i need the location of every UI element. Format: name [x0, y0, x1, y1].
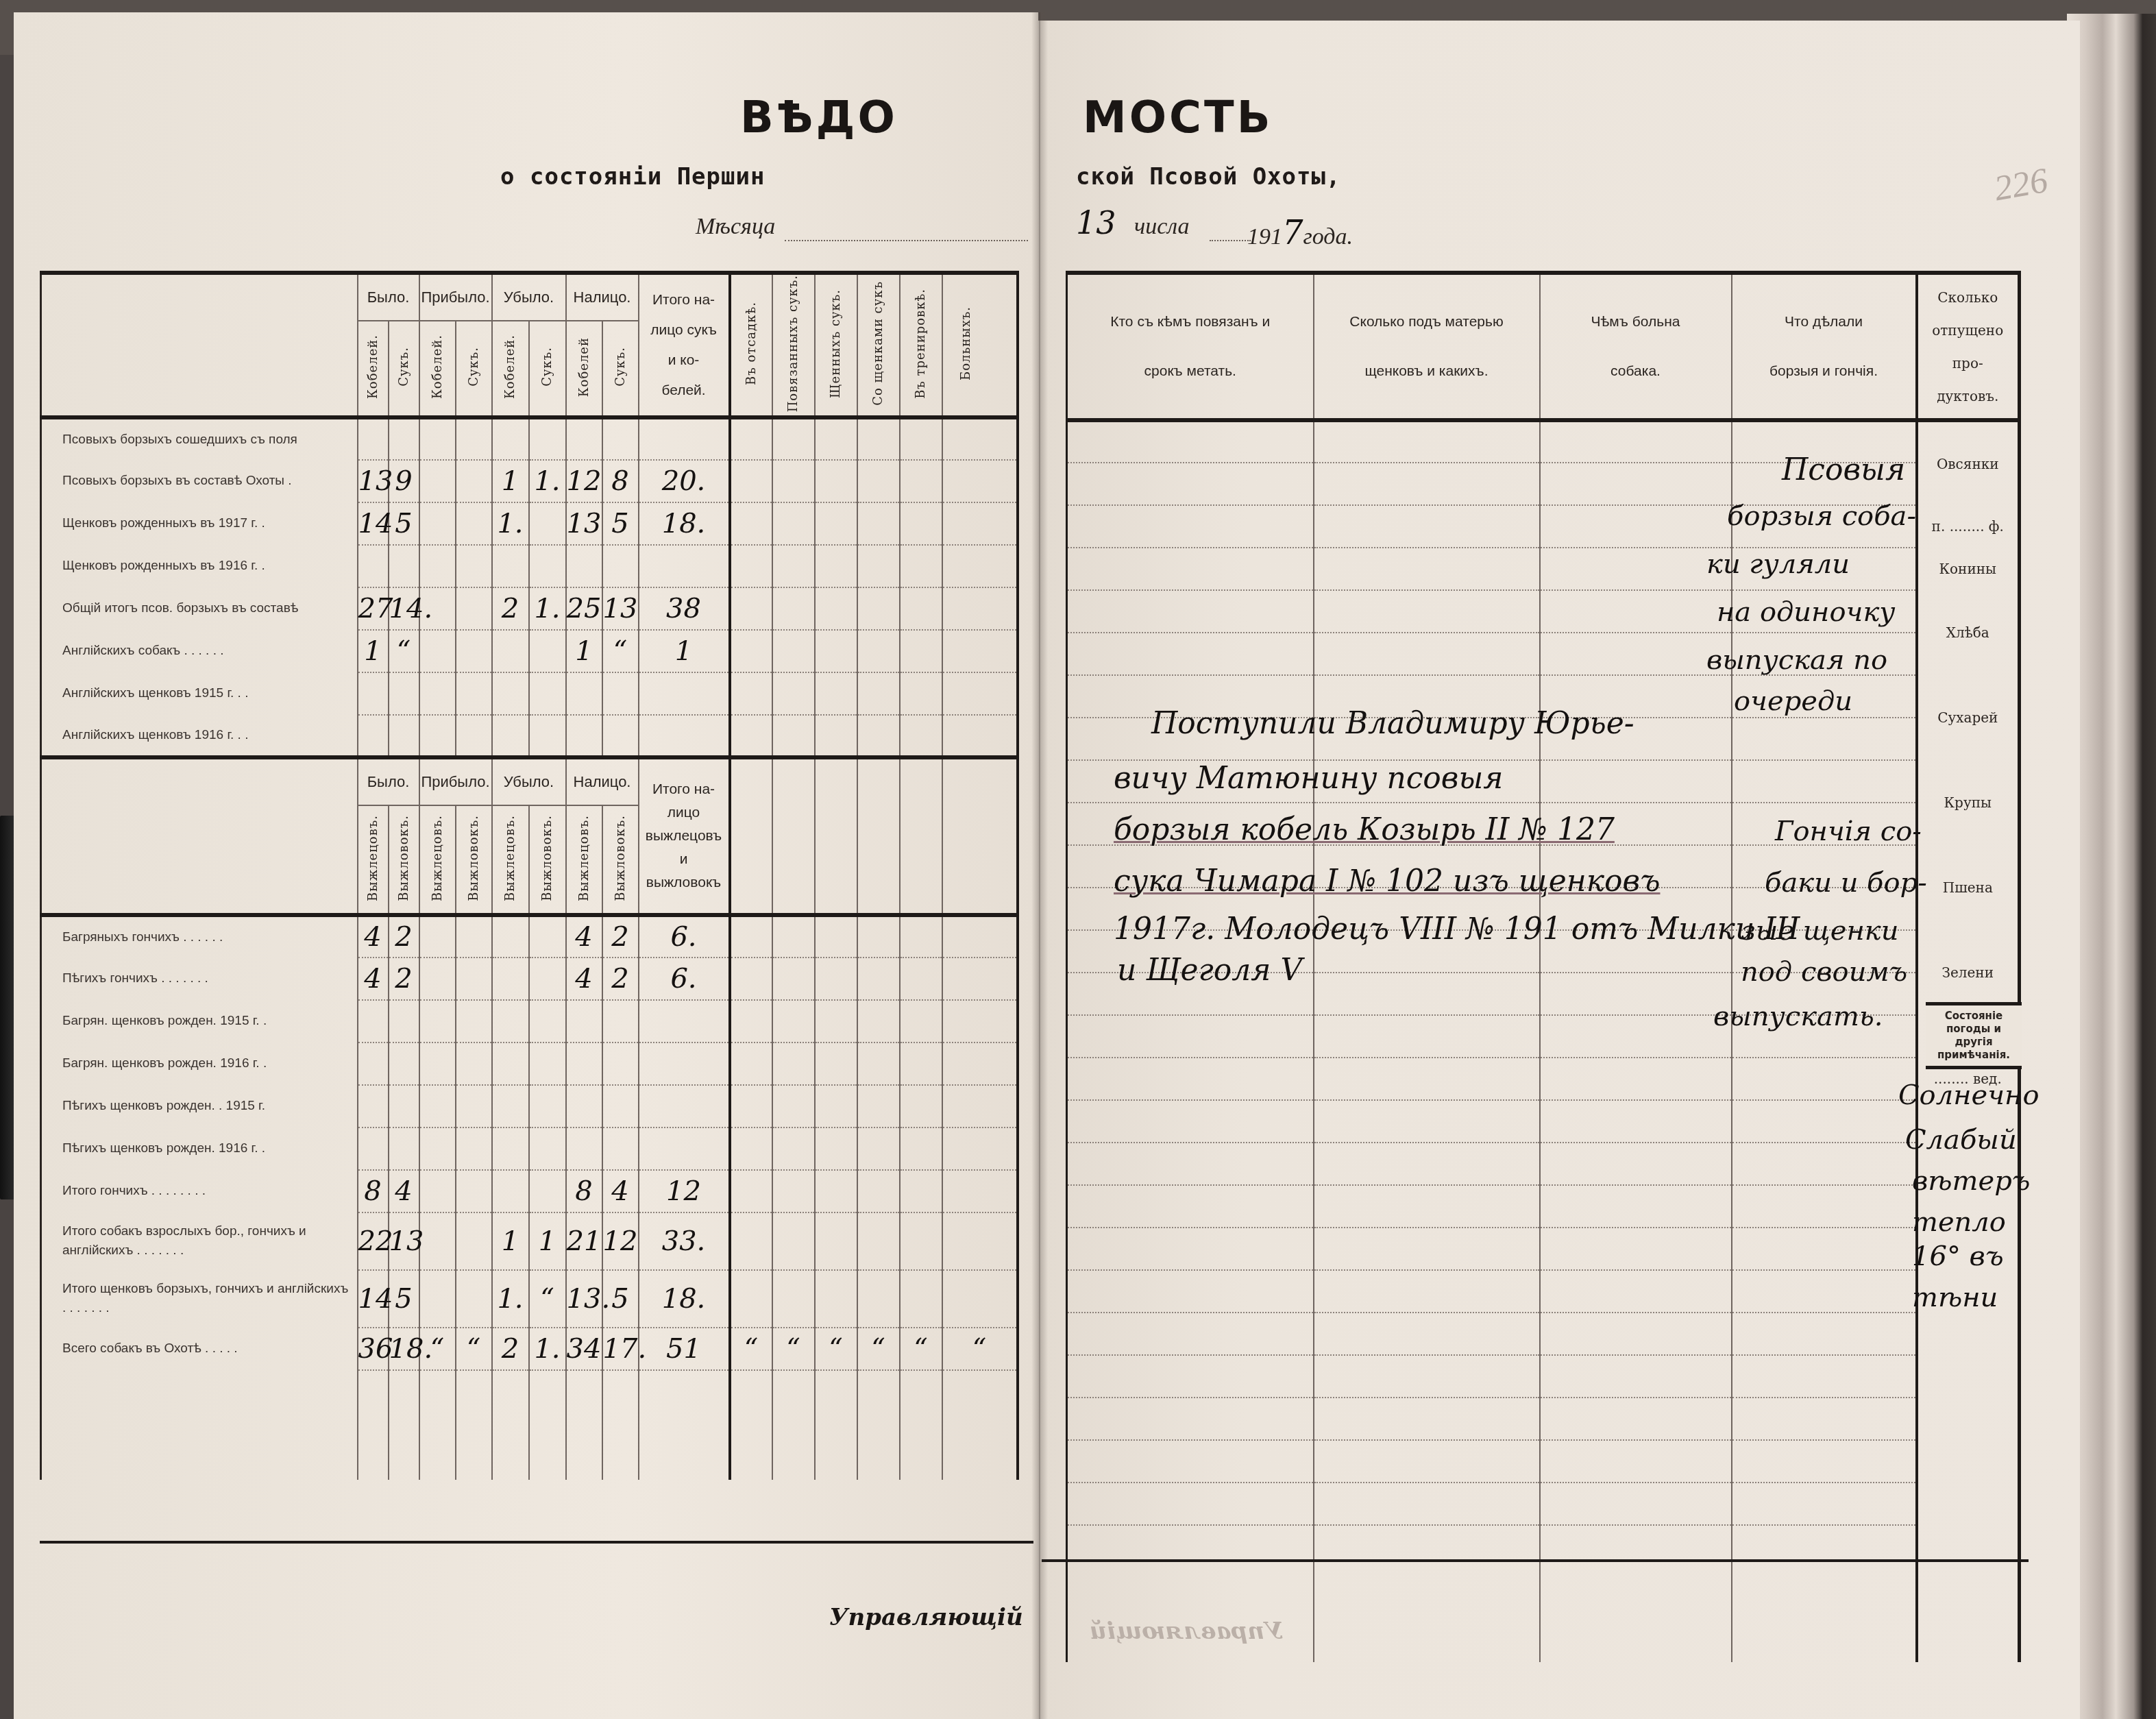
cell: 14	[358, 502, 389, 545]
table-row: Щенковъ рожденныхъ въ 1916 г. .	[41, 545, 1018, 587]
cell	[456, 1270, 492, 1328]
cell	[456, 958, 492, 1000]
month-label: Мѣсяца	[696, 214, 775, 240]
cell	[529, 630, 566, 672]
sub-header: Кобелей.	[358, 321, 389, 417]
cell: 2	[389, 915, 419, 958]
header-v-otsadke: Въ отсадкѣ.	[730, 273, 772, 417]
table-row: Пѣгихъ щенковъ рожден. 1916 г. .	[41, 1127, 1018, 1170]
cell	[419, 460, 456, 502]
table-row: Багряныхъ гончихъ . . . . . . 4 2 4 2 6.	[41, 915, 1018, 958]
cell: 2	[492, 1328, 529, 1370]
cell: 25	[566, 587, 602, 630]
cell: 27	[358, 587, 389, 630]
sub-header: Сукъ.	[602, 321, 639, 417]
cell: 8	[602, 460, 639, 502]
activity-note-line: борзыя соба-	[1727, 500, 1916, 532]
book-page-edges	[2067, 14, 2156, 1719]
cell: “	[900, 1328, 942, 1370]
cell-total: 1	[639, 630, 730, 672]
sub-header: Кобелей.	[492, 321, 529, 417]
cell: 12	[602, 1212, 639, 1270]
provision-pshena: Пшена	[1917, 845, 2020, 930]
cell: “	[815, 1328, 857, 1370]
weather-note-line: тѣни	[1912, 1282, 1998, 1313]
cell: “	[529, 1270, 566, 1328]
cell-total: 33.	[639, 1212, 730, 1270]
provision-koniny: Конины	[1917, 548, 2020, 590]
table-row: Багрян. щенковъ рожден. 1915 г. .	[41, 1000, 1018, 1043]
cell	[456, 1212, 492, 1270]
cell-total: 18.	[639, 1270, 730, 1328]
cell	[492, 915, 529, 958]
cell: 4	[358, 915, 389, 958]
provision-krupy: Крупы	[1917, 760, 2020, 845]
cell	[456, 915, 492, 958]
cell: 12	[566, 460, 602, 502]
row-label: Псовыхъ борзыхъ въ составѣ Охоты .	[41, 460, 358, 502]
cell: 1.	[492, 502, 529, 545]
row-label: Англiйскихъ щенковъ 1916 г. . .	[41, 715, 358, 757]
cell: 4	[566, 915, 602, 958]
cell: 4	[566, 958, 602, 1000]
total-header-2: Итого на- лицо выжлецовъ и выжловокъ	[639, 757, 730, 915]
table-row: Англiйскихъ щенковъ 1915 г. . .	[41, 672, 1018, 715]
sub-header: Выжловокъ.	[456, 805, 492, 915]
hound-note-line: выпускать.	[1713, 1001, 1883, 1032]
table-row: Пѣгихъ гончихъ . . . . . . . 4 2 4 2 6.	[41, 958, 1018, 1000]
cell: 18.	[389, 1328, 419, 1370]
sub-header: Выжловокъ.	[602, 805, 639, 915]
month-field	[785, 240, 1028, 241]
cell: “	[602, 630, 639, 672]
cell	[456, 460, 492, 502]
cell: 2	[602, 958, 639, 1000]
cell-total: 6.	[639, 915, 730, 958]
cell	[492, 1170, 529, 1212]
header-bolnykh: Больныхъ.	[942, 273, 1018, 417]
cell: 17.	[602, 1328, 639, 1370]
cell: “	[942, 1328, 1018, 1370]
row-label: Пѣгихъ гончихъ . . . . . . .	[41, 958, 358, 1000]
hound-note-line: зые щенки	[1741, 915, 1899, 947]
cell: 1.	[492, 1270, 529, 1328]
sub-header: Кобелей.	[419, 321, 456, 417]
table-row: Итого гончихъ . . . . . . . . 8 4 8 4 12	[41, 1170, 1018, 1212]
cell: 21	[566, 1212, 602, 1270]
table-row: Щенковъ рожденныхъ въ 1917 г. . 14 5 1. …	[41, 502, 1018, 545]
cell-total: 18.	[639, 502, 730, 545]
hound-note-line: под своимъ	[1741, 956, 1907, 988]
left-ledger-table: Было. Прибыло. Убыло. Налицо. Итого на- …	[40, 271, 1019, 1480]
title-left: ВѢДО	[740, 93, 898, 143]
cell: 5	[389, 1270, 419, 1328]
cell: 1.	[529, 460, 566, 502]
left-table-bottom-rule	[40, 1541, 1033, 1544]
weather-header: Состоянiе погоды и другiя примѣчанiя.	[1926, 1002, 2022, 1069]
table-row: Багрян. щенковъ рожден. 1916 г. .	[41, 1043, 1018, 1085]
cell: “	[730, 1328, 772, 1370]
table-row: Всего собакъ въ Охотѣ . . . . . 36 18. “…	[41, 1328, 1018, 1370]
row-label: Пѣгихъ щенковъ рожден. 1916 г. .	[41, 1127, 358, 1170]
cell: 14	[358, 1270, 389, 1328]
cell: 8	[566, 1170, 602, 1212]
cell	[529, 1170, 566, 1212]
header-povyazan: Кто съ кѣмъ повязанъ и срокъ метать.	[1067, 273, 1314, 420]
transfer-note-line: и Щеголя V	[1117, 953, 1302, 988]
cell: 2	[389, 958, 419, 1000]
sub-header: Выжловокъ.	[529, 805, 566, 915]
header-produkty: Сколько отпущено про- дуктовъ.	[1917, 273, 2020, 420]
activity-note-line: очереди	[1734, 685, 1852, 717]
row-label: Багрян. щенковъ рожден. 1915 г. .	[41, 1000, 358, 1043]
cell-total: 38	[639, 587, 730, 630]
subtitle-right: ской Псовой Охоты,	[1076, 163, 1340, 191]
day-value: 13	[1076, 204, 1116, 241]
cell: 1	[529, 1212, 566, 1270]
cell	[419, 958, 456, 1000]
group-header-nalitso-2: Налицо.	[566, 757, 639, 805]
header-povyazannykh: Повязанныхъ сукъ.	[772, 273, 815, 417]
subtitle-left: о состоянiи Першин	[500, 163, 765, 191]
activity-note-line: ки гуляли	[1706, 548, 1850, 580]
group-header-pribylo-2: Прибыло.	[419, 757, 492, 805]
cell	[492, 630, 529, 672]
cell	[529, 502, 566, 545]
cell: 1	[358, 630, 389, 672]
cell	[456, 1170, 492, 1212]
sub-header: Выжлецовъ.	[492, 805, 529, 915]
cell: 5	[602, 502, 639, 545]
row-label: Багряныхъ гончихъ . . . . . .	[41, 915, 358, 958]
year-prefix: 191	[1247, 224, 1282, 249]
header-bolna: Чѣмъ больна собака.	[1540, 273, 1732, 420]
header-chto-delali: Что дѣлали борзыя и гончiя.	[1732, 273, 1917, 420]
activity-note-line: выпуская по	[1706, 644, 1887, 676]
table-row: Псовыхъ борзыхъ въ составѣ Охоты . 13 9 …	[41, 460, 1018, 502]
cell: 13.	[566, 1270, 602, 1328]
cell: “	[456, 1328, 492, 1370]
sub-header: Сукъ.	[389, 321, 419, 417]
cell: “	[772, 1328, 815, 1370]
cell: 1	[566, 630, 602, 672]
group-header-ubylo: Убыло.	[492, 273, 566, 321]
cell: 1	[492, 460, 529, 502]
cell-total: 6.	[639, 958, 730, 1000]
hound-note-line: баки и бор-	[1765, 867, 1927, 899]
cell: 2	[602, 915, 639, 958]
table-row: Общiй итогъ псов. борзыхъ въ составѣ 27 …	[41, 587, 1018, 630]
table-row: Пѣгихъ щенковъ рожден. . 1915 г.	[41, 1085, 1018, 1127]
cell: 5	[389, 502, 419, 545]
cell: 1.	[529, 1328, 566, 1370]
cell	[492, 958, 529, 1000]
cell-total: 20.	[639, 460, 730, 502]
cell	[456, 587, 492, 630]
year-line: 1917года.	[1247, 214, 1353, 252]
cell: “	[389, 630, 419, 672]
sub-header: Выжлецовъ.	[358, 805, 389, 915]
sub-header: Сукъ.	[529, 321, 566, 417]
right-table-bottom-rule	[1042, 1559, 2029, 1562]
cell-total: 51	[639, 1328, 730, 1370]
row-label: Щенковъ рожденныхъ въ 1917 г. .	[41, 502, 358, 545]
row-label: Пѣгихъ щенковъ рожден. . 1915 г.	[41, 1085, 358, 1127]
book-gutter	[1031, 12, 1048, 1719]
day-label: числа	[1134, 214, 1190, 240]
group-header-nalitso: Налицо.	[566, 273, 639, 321]
header-pod-materyu: Сколько подъ матерью щенковъ и какихъ.	[1314, 273, 1540, 420]
transfer-note-line: борзыя кобель Козырь II № 127	[1114, 812, 1615, 847]
header-so-shchenkami: Со щенками сукъ	[857, 273, 900, 417]
cell	[419, 1212, 456, 1270]
row-label: Англiйскихъ собакъ . . . . . .	[41, 630, 358, 672]
provision-ovsyanki: Овсянки	[1917, 420, 2020, 505]
group-header-ubylo-2: Убыло.	[492, 757, 566, 805]
transfer-note-line: сука Чимара I № 102 изъ щенковъ	[1114, 864, 1660, 899]
cell	[419, 915, 456, 958]
cell: 34	[566, 1328, 602, 1370]
sub-header: Кобелей	[566, 321, 602, 417]
cell: 14.	[389, 587, 419, 630]
total-header: Итого на- лицо сукъ и ко- белей.	[639, 273, 730, 417]
title-right: МОСТЬ	[1083, 93, 1273, 143]
group-header-bylo: Было.	[358, 273, 419, 321]
row-label: Общiй итогъ псов. борзыхъ въ составѣ	[41, 587, 358, 630]
cell: 13	[389, 1212, 419, 1270]
row-label: Итого гончихъ . . . . . . . .	[41, 1170, 358, 1212]
weather-note-line: Слабый	[1905, 1124, 2017, 1156]
cell-total: 12	[639, 1170, 730, 1212]
group-header-bylo-2: Было.	[358, 757, 419, 805]
cell: 9	[389, 460, 419, 502]
signature-label: Управляющiй	[829, 1604, 1023, 1631]
sub-header: Выжлецовъ.	[419, 805, 456, 915]
cell: 4	[389, 1170, 419, 1212]
activity-note-line: Псовыя	[1782, 452, 1905, 487]
header-shchennykh: Щенныхъ сукъ.	[815, 273, 857, 417]
header-v-trenirovke: Въ тренировкѣ.	[900, 273, 942, 417]
sub-header: Сукъ.	[456, 321, 492, 417]
cell	[456, 502, 492, 545]
row-label: Багрян. щенковъ рожден. 1916 г. .	[41, 1043, 358, 1085]
signature-bleed-through: Управляющiй	[1090, 1618, 1284, 1645]
cell	[419, 1170, 456, 1212]
weather-note-line: Солнечно	[1898, 1080, 2039, 1111]
sub-header: Выжловокъ.	[389, 805, 419, 915]
label-column-header-2	[41, 757, 358, 915]
transfer-note-line: вичу Матюнину псовыя	[1114, 761, 1503, 796]
cell	[419, 502, 456, 545]
provision-sukharei: Сухарей	[1917, 675, 2020, 760]
cell	[529, 958, 566, 1000]
year-hand: 7	[1282, 214, 1303, 252]
cell: 2	[492, 587, 529, 630]
cell: 8	[358, 1170, 389, 1212]
cell: 1	[492, 1212, 529, 1270]
weather-note-line: тепло	[1912, 1206, 2006, 1238]
cell: 22	[358, 1212, 389, 1270]
cell	[456, 630, 492, 672]
cell: 4	[602, 1170, 639, 1212]
table-row: Псовыхъ борзыхъ сошедшихъ съ поля	[41, 417, 1018, 460]
row-label: Щенковъ рожденныхъ въ 1916 г. .	[41, 545, 358, 587]
cell: 13	[358, 460, 389, 502]
cell	[529, 915, 566, 958]
table-row: Англiйскихъ собакъ . . . . . . 1 “ 1 “ 1	[41, 630, 1018, 672]
label-column-header	[41, 273, 358, 417]
table-row: Итого собакъ взрослыхъ бор., гончихъ и а…	[41, 1212, 1018, 1270]
cell	[419, 630, 456, 672]
row-label: Итого щенковъ борзыхъ, гончихъ и англiйс…	[41, 1270, 358, 1328]
cell	[419, 1270, 456, 1328]
transfer-note-line: 1917г. Молодецъ VIII № 191 отъ Милки III	[1114, 912, 1800, 947]
table-row: Итого щенковъ борзыхъ, гончихъ и англiйс…	[41, 1270, 1018, 1328]
weather-note-line: вѣтеръ	[1912, 1165, 2030, 1197]
sub-header: Выжлецовъ.	[566, 805, 602, 915]
year-label: года.	[1303, 224, 1353, 249]
provision-units: п. ........ ф.	[1917, 505, 2020, 548]
year-field	[1210, 240, 1251, 241]
transfer-note-line: Поступили Владимиру Юрье-	[1151, 706, 1634, 741]
cell: 1.	[529, 587, 566, 630]
row-label: Псовыхъ борзыхъ сошедшихъ съ поля	[41, 417, 358, 460]
row-label: Всего собакъ въ Охотѣ . . . . .	[41, 1328, 358, 1370]
hound-note-line: Гончiя со-	[1775, 816, 1922, 847]
weather-note-line: 16° въ	[1912, 1241, 2004, 1272]
group-header-pribylo: Прибыло.	[419, 273, 492, 321]
cell: 13	[566, 502, 602, 545]
row-label: Итого собакъ взрослыхъ бор., гончихъ и а…	[41, 1212, 358, 1270]
provision-khleba: Хлѣба	[1917, 590, 2020, 675]
activity-note-line: на одиночку	[1717, 596, 1896, 628]
table-row: Англiйскихъ щенковъ 1916 г. . .	[41, 715, 1018, 757]
cell: 36	[358, 1328, 389, 1370]
cell: “	[857, 1328, 900, 1370]
cell: 4	[358, 958, 389, 1000]
cell: 13	[602, 587, 639, 630]
row-label: Англiйскихъ щенковъ 1915 г. . .	[41, 672, 358, 715]
